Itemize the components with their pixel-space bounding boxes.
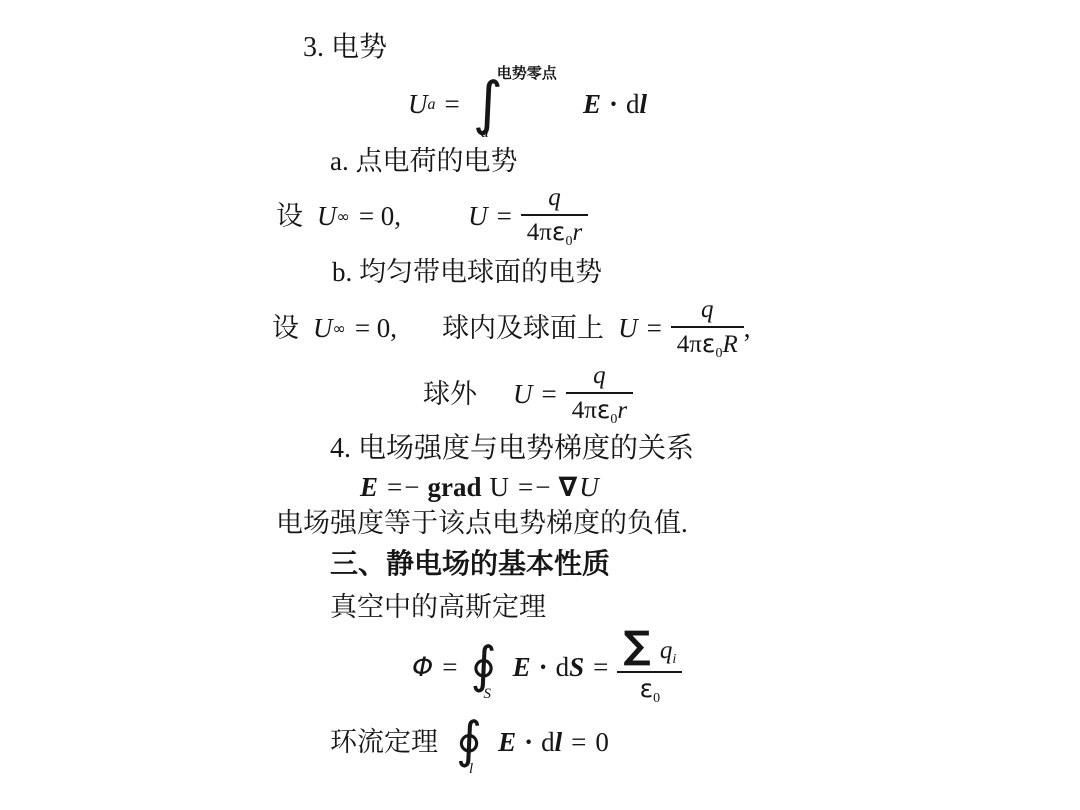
var-l-vector: l <box>639 89 647 120</box>
integral-lower-limit: a <box>481 124 489 142</box>
integral-upper-limit: 电势零点 <box>497 66 557 83</box>
var-U: U <box>468 201 488 232</box>
fraction-numerator: q <box>671 297 744 326</box>
formula-potential-definition: Ua = ∫ 电势零点 a E · dl <box>408 74 647 136</box>
epsilon: ε <box>597 395 611 424</box>
equals-sign: = <box>571 727 586 758</box>
equals-sign: = <box>518 472 533 503</box>
equals-sign: = <box>445 89 460 120</box>
item-b-text: b. 均匀带电球面的电势 <box>332 257 602 288</box>
fraction-denominator: 4πε0R <box>671 326 744 362</box>
minus-sign: − <box>404 472 419 503</box>
assume-label: 设 <box>276 201 303 232</box>
var-U: U <box>317 201 337 232</box>
var-R: R <box>722 331 737 358</box>
infinity-subscript: ∞ <box>337 208 350 226</box>
var-r: r <box>572 219 582 246</box>
circulation-theorem-label: 环流定理 <box>330 727 438 758</box>
fraction-numerator: q <box>566 363 633 392</box>
var-U: U <box>579 472 599 503</box>
fraction: q 4πε0R <box>671 297 744 362</box>
equals-sign: = <box>647 313 662 344</box>
var-E-vector: E <box>583 89 601 120</box>
coef-4pi: 4π <box>677 331 702 358</box>
var-r: r <box>617 397 627 424</box>
zero-value: 0 <box>595 727 609 758</box>
var-qi: qi <box>660 637 676 664</box>
contour-integral-icon: ∮ <box>471 640 497 690</box>
section-4-heading: 4. 电场强度与电势梯度的关系 <box>330 433 694 465</box>
var-U: U <box>513 379 533 410</box>
outside-sphere-label: 球外 <box>423 379 477 410</box>
section-4-heading-text: 4. 电场强度与电势梯度的关系 <box>330 433 694 465</box>
item-a-text: a. 点电荷的电势 <box>330 146 517 177</box>
dot-product-operator: · <box>539 652 548 683</box>
nabla-operator: ∇ <box>558 472 577 503</box>
subscript-i: i <box>672 652 676 667</box>
var-S-vector: S <box>569 652 584 683</box>
differential-d: d <box>541 727 555 758</box>
fraction-denominator: ε0 <box>617 671 682 707</box>
fraction-numerator: q <box>521 185 588 214</box>
var-U: U <box>408 89 428 120</box>
item-b-heading: b. 均匀带电球面的电势 <box>332 257 602 288</box>
epsilon: ε <box>640 674 654 703</box>
gradient-note: 电场强度等于该点电势梯度的负值. <box>276 508 688 539</box>
var-q: q <box>660 637 673 664</box>
equals-sign: = <box>387 472 402 503</box>
var-E-vector: E <box>513 652 531 683</box>
epsilon: ε <box>552 217 566 246</box>
contour-integral-lower-limit: l <box>469 761 473 778</box>
gauss-theorem-label-text: 真空中的高斯定理 <box>330 592 546 623</box>
fraction: ∑ qi ε0 <box>617 629 682 706</box>
coef-4pi: 4π <box>572 397 597 424</box>
formula-gauss-theorem: Φ = ∮ S E · dS = ∑ qi ε0 <box>412 628 682 708</box>
gauss-theorem-label: 真空中的高斯定理 <box>330 592 546 623</box>
outside-sphere-line: 球外 U = q 4πε0r <box>423 368 633 422</box>
equals-sign: = <box>593 652 608 683</box>
equals-sign: = <box>442 652 457 683</box>
definite-integral: ∫ 电势零点 a <box>473 76 579 134</box>
section-3-heading: 3. 电势 <box>303 32 387 64</box>
fraction-numerator: ∑ qi <box>617 629 682 671</box>
minus-sign: − <box>535 472 550 503</box>
fraction: q 4πε0r <box>566 363 633 428</box>
fraction-denominator: 4πε0r <box>521 214 588 250</box>
equals-sign: = <box>497 201 512 232</box>
var-U: U <box>313 313 333 344</box>
contour-integral: ∮ S <box>471 643 509 693</box>
subscript-a: a <box>428 96 436 114</box>
var-E-vector: E <box>360 472 378 503</box>
var-U: U <box>618 313 638 344</box>
var-U: U <box>489 472 509 503</box>
infinity-subscript: ∞ <box>333 320 346 338</box>
gradient-note-text: 电场强度等于该点电势梯度的负值. <box>276 508 688 539</box>
contour-integral-lower-limit: S <box>484 686 492 703</box>
lecture-slide-page: 3. 电势 Ua = ∫ 电势零点 a E · dl a. 点电荷的电势 设 U… <box>0 0 1080 810</box>
dot-product-operator: · <box>609 89 618 120</box>
var-l-vector: l <box>555 727 563 758</box>
differential-d: d <box>626 89 640 120</box>
section-three-heading: 三、静电场的基本性质 <box>330 548 610 580</box>
equals-zero: = 0, <box>359 201 401 232</box>
grad-operator: grad <box>427 472 481 503</box>
equals-sign: = <box>542 379 557 410</box>
sum-icon: ∑ <box>623 623 650 667</box>
circulation-theorem-line: 环流定理 ∮ l E · dl = 0 <box>330 712 609 774</box>
point-charge-potential-line: 设 U∞ = 0, U = q 4πε0r <box>276 190 588 244</box>
section-three-heading-text: 三、静电场的基本性质 <box>330 548 610 580</box>
epsilon: ε <box>702 329 716 358</box>
var-E-vector: E <box>498 727 516 758</box>
comma: , <box>744 313 751 344</box>
formula-gradient-relation: E =− grad U =− ∇U <box>360 472 599 503</box>
epsilon-subscript: 0 <box>653 691 660 706</box>
dot-product-operator: · <box>524 727 533 758</box>
contour-integral: ∮ l <box>456 718 494 768</box>
section-3-heading-text: 3. 电势 <box>303 32 387 64</box>
differential-d: d <box>556 652 570 683</box>
item-a-heading: a. 点电荷的电势 <box>330 146 517 177</box>
assume-label: 设 <box>272 313 299 344</box>
fraction: q 4πε0r <box>521 185 588 250</box>
inside-sphere-label: 球内及球面上 <box>442 313 604 344</box>
sphere-potential-line: 设 U∞ = 0, 球内及球面上 U = q 4πε0R , <box>272 302 750 356</box>
contour-integral-icon: ∮ <box>456 715 482 765</box>
equals-zero: = 0, <box>355 313 397 344</box>
fraction-denominator: 4πε0r <box>566 392 633 428</box>
var-phi: Φ <box>412 652 433 683</box>
coef-4pi: 4π <box>527 219 552 246</box>
